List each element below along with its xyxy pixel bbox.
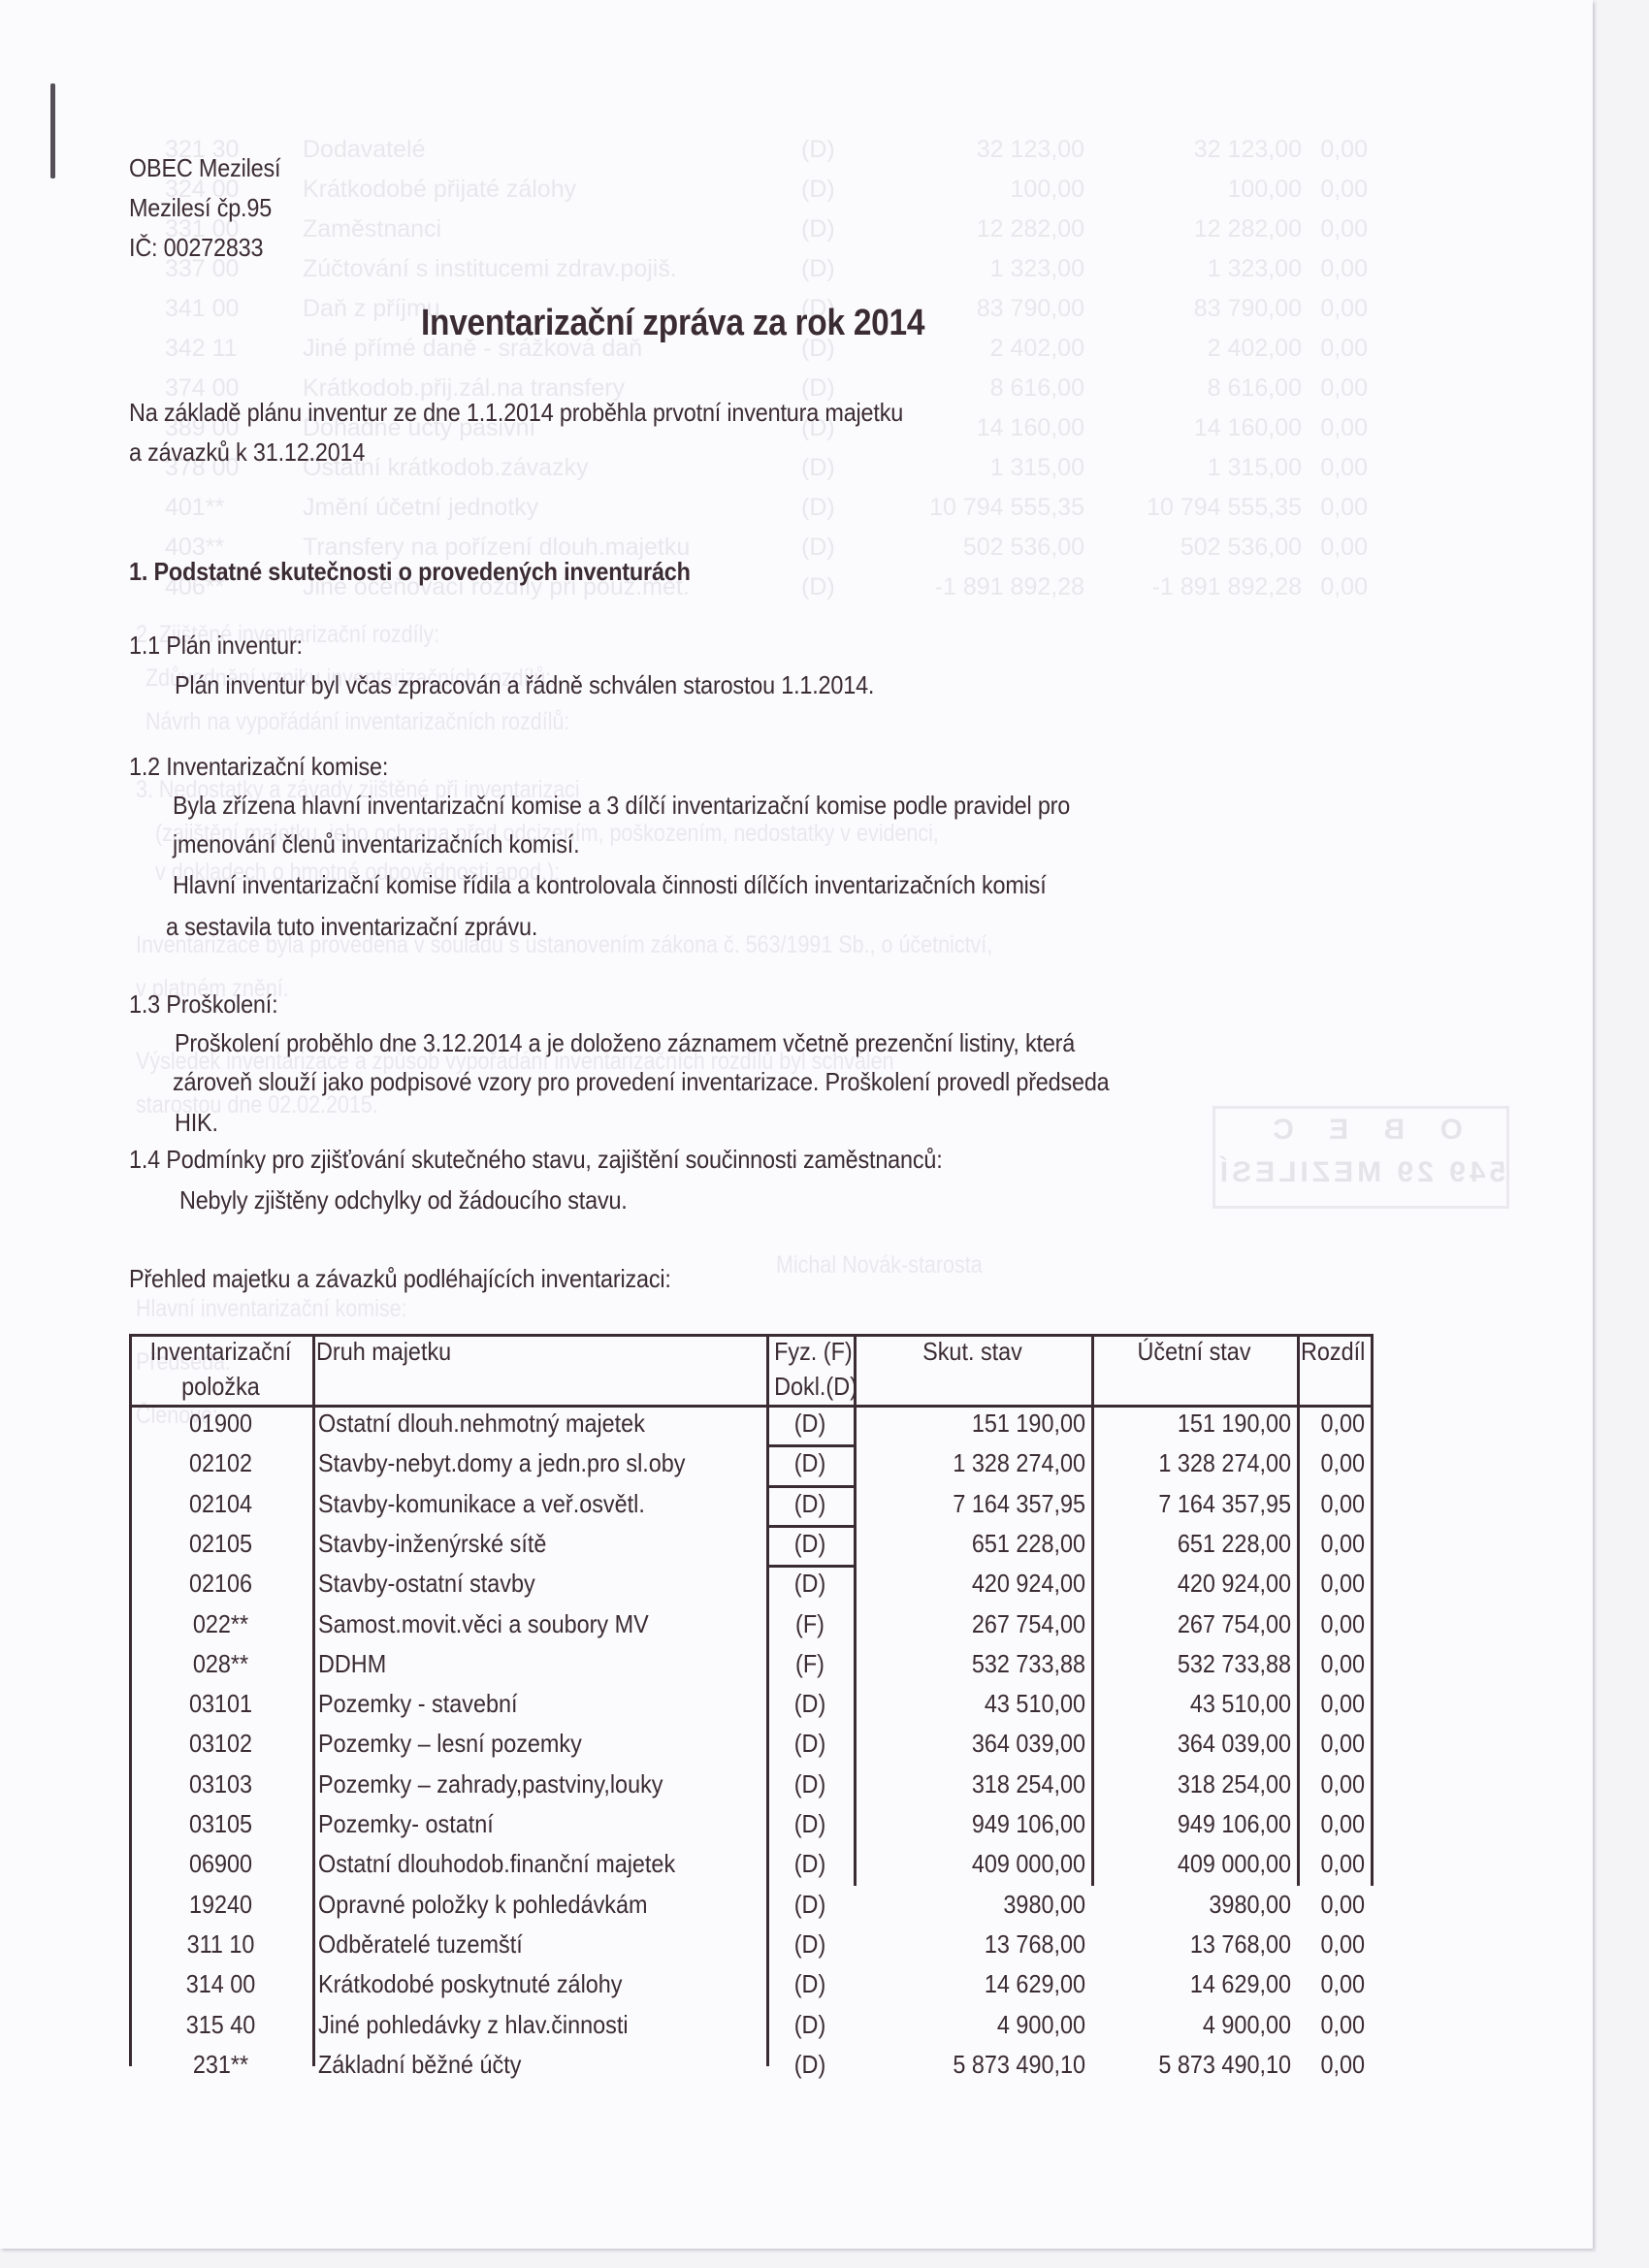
row-code: 315 40 xyxy=(138,2005,303,2044)
row-code: 028** xyxy=(138,1644,303,1683)
row-inventory-method: (D) xyxy=(771,1564,850,1603)
row-asset-type: Krátkodobé poskytnuté zálohy xyxy=(318,1964,623,2003)
page-title: Inventarizační zpráva za rok 2014 xyxy=(421,303,924,344)
row-actual-state: 13 768,00 xyxy=(877,1925,1085,1963)
ghost-cell: (D) xyxy=(801,176,835,204)
ghost-cell: 0,00 xyxy=(1320,136,1368,164)
row-code: 19240 xyxy=(138,1885,303,1924)
ghost-cell: 1 315,00 xyxy=(990,454,1084,482)
ghost-cell: 2 402,00 xyxy=(1208,335,1302,363)
row-difference: 0,00 xyxy=(1304,1925,1365,1963)
ghost-cell: 502 536,00 xyxy=(1180,534,1302,562)
ghost-row: 321 30Dodavatelé(D)32 123,0032 123,000,0… xyxy=(145,136,1377,175)
row-asset-type: Ostatní dlouhodob.finanční majetek xyxy=(318,1844,675,1883)
ghost-cell: (D) xyxy=(801,573,835,601)
ghost-cell: (D) xyxy=(801,136,835,164)
bleed-through-stamp: O B E C 549 29 MEZILESÍ xyxy=(1212,1106,1509,1209)
row-inventory-method: (D) xyxy=(771,1885,850,1924)
ghost-text-line: Hlavní inventarizační komise: xyxy=(136,1295,407,1323)
row-inventory-method: (D) xyxy=(771,1964,850,2003)
row-code: 03102 xyxy=(138,1724,303,1763)
row-book-state: 364 039,00 xyxy=(1112,1724,1291,1763)
row-code: 06900 xyxy=(138,1844,303,1883)
row-actual-state: 5 873 490,10 xyxy=(877,2045,1085,2084)
section1-heading: 1. Podstatné skutečnosti o provedených i… xyxy=(129,557,691,587)
row-book-state: 420 924,00 xyxy=(1112,1564,1291,1603)
document-page: 321 30Dodavatelé(D)32 123,0032 123,000,0… xyxy=(0,0,1593,2249)
ghost-cell: 0,00 xyxy=(1320,255,1368,283)
intro-line1: Na základě plánu inventur ze dne 1.1.201… xyxy=(129,398,903,428)
ghost-cell: Jmění účetní jednotky xyxy=(303,494,538,522)
row-difference: 0,00 xyxy=(1304,1524,1365,1563)
column-header-3: Fyz. (F) xyxy=(774,1332,846,1371)
section1-4-text: Nebyly zjištěny odchylky od žádoucího st… xyxy=(179,1185,628,1215)
column-header-6: Rozdíl xyxy=(1301,1332,1360,1371)
row-code: 01900 xyxy=(138,1404,303,1442)
table-column-divider xyxy=(1297,1334,1300,1886)
section1-2-line2: jmenování členů inventarizačních komisí. xyxy=(173,829,579,859)
ghost-cell: (D) xyxy=(801,534,835,562)
table-column-divider xyxy=(854,1334,857,1886)
row-difference: 0,00 xyxy=(1304,1644,1365,1683)
row-inventory-method: (D) xyxy=(771,1404,850,1442)
row-inventory-method: (D) xyxy=(771,1724,850,1763)
ghost-cell: 32 123,00 xyxy=(977,136,1084,164)
row-actual-state: 3980,00 xyxy=(877,1885,1085,1924)
ghost-cell: Dodavatelé xyxy=(303,136,425,164)
row-book-state: 7 164 357,95 xyxy=(1112,1484,1291,1523)
row-difference: 0,00 xyxy=(1304,1724,1365,1763)
ghost-cell: 0,00 xyxy=(1320,414,1368,442)
section1-4-heading: 1.4 Podmínky pro zjišťování skutečného s… xyxy=(129,1145,943,1175)
row-difference: 0,00 xyxy=(1304,1964,1365,2003)
ghost-cell: 1 315,00 xyxy=(1208,454,1302,482)
ghost-cell: 14 160,00 xyxy=(977,414,1084,442)
row-book-state: 409 000,00 xyxy=(1112,1844,1291,1883)
row-asset-type: Stavby-inženýrské sítě xyxy=(318,1524,546,1563)
row-code: 02104 xyxy=(138,1484,303,1523)
row-asset-type: Samost.movit.věci a soubory MV xyxy=(318,1604,649,1643)
row-code: 02106 xyxy=(138,1564,303,1603)
row-difference: 0,00 xyxy=(1304,1564,1365,1603)
row-inventory-method: (D) xyxy=(771,1765,850,1803)
section1-3-line3: HIK. xyxy=(175,1108,218,1138)
row-actual-state: 409 000,00 xyxy=(877,1844,1085,1883)
row-actual-state: 43 510,00 xyxy=(877,1684,1085,1723)
row-inventory-method: (D) xyxy=(771,2005,850,2044)
section1-3-heading: 1.3 Proškolení: xyxy=(129,989,277,1020)
row-difference: 0,00 xyxy=(1304,1484,1365,1523)
row-actual-state: 420 924,00 xyxy=(877,1564,1085,1603)
row-inventory-method: (D) xyxy=(771,2045,850,2084)
row-difference: 0,00 xyxy=(1304,1765,1365,1803)
ghost-cell: 342 11 xyxy=(165,335,238,363)
ghost-cell: 1 323,00 xyxy=(1208,255,1302,283)
ghost-cell: -1 891 892,28 xyxy=(1152,573,1302,601)
row-book-state: 5 873 490,10 xyxy=(1112,2045,1291,2084)
ghost-cell: 0,00 xyxy=(1320,295,1368,323)
ghost-cell: 0,00 xyxy=(1320,573,1368,601)
ghost-cell: Zaměstnanci xyxy=(303,215,441,243)
ghost-row: 337 00Zúčtování s institucemi zdrav.poji… xyxy=(145,255,1377,294)
row-book-state: 151 190,00 xyxy=(1112,1404,1291,1442)
ghost-row: 401**Jmění účetní jednotky(D)10 794 555,… xyxy=(145,494,1377,533)
row-actual-state: 151 190,00 xyxy=(877,1404,1085,1442)
row-code: 03105 xyxy=(138,1804,303,1843)
ghost-cell: 100,00 xyxy=(1011,176,1084,204)
column-header-3-line2: Dokl.(D) xyxy=(774,1367,846,1406)
row-actual-state: 651 228,00 xyxy=(877,1524,1085,1563)
ghost-row: 324 00Krátkodobé přijaté zálohy(D)100,00… xyxy=(145,176,1377,214)
table-column-divider xyxy=(129,1334,132,2066)
table-column-divider xyxy=(1091,1334,1094,1886)
row-difference: 0,00 xyxy=(1304,1844,1365,1883)
row-actual-state: 4 900,00 xyxy=(877,2005,1085,2044)
section1-2-line1: Byla zřízena hlavní inventarizační komis… xyxy=(173,791,1070,821)
section1-1-heading: 1.1 Plán inventur: xyxy=(129,631,303,661)
row-code: 231** xyxy=(138,2045,303,2084)
section1-2-line4: a sestavila tuto inventarizační zprávu. xyxy=(166,912,537,942)
row-asset-type: Pozemky – zahrady,pastviny,louky xyxy=(318,1765,663,1803)
row-asset-type: Stavby-nebyt.domy a jedn.pro sl.oby xyxy=(318,1443,686,1482)
overview-label: Přehled majetku a závazků podléhajících … xyxy=(129,1264,671,1294)
row-book-state: 4 900,00 xyxy=(1112,2005,1291,2044)
ghost-cell: 100,00 xyxy=(1228,176,1302,204)
ghost-cell: 341 00 xyxy=(165,295,239,323)
ghost-text-line: Návrh na vypořádání inventarizačních roz… xyxy=(145,708,569,736)
row-book-state: 532 733,88 xyxy=(1112,1644,1291,1683)
row-inventory-method: (D) xyxy=(771,1684,850,1723)
stamp-line2: 549 29 MEZILESÍ xyxy=(1215,1151,1506,1194)
row-actual-state: 14 629,00 xyxy=(877,1964,1085,2003)
ghost-cell: 32 123,00 xyxy=(1194,136,1302,164)
ghost-cell: Krátkodobé přijaté zálohy xyxy=(303,176,576,204)
ghost-cell: (D) xyxy=(801,215,835,243)
column-header-2: Druh majetku xyxy=(316,1332,718,1371)
row-book-state: 949 106,00 xyxy=(1112,1804,1291,1843)
row-book-state: 14 629,00 xyxy=(1112,1964,1291,2003)
ghost-text-line: Michal Novák-starosta xyxy=(776,1251,983,1280)
column-header-1: Inventarizační xyxy=(142,1332,300,1371)
row-asset-type: Odběratelé tuzemští xyxy=(318,1925,523,1963)
row-inventory-method: (D) xyxy=(771,1925,850,1963)
ghost-row: 331 00Zaměstnanci(D)12 282,0012 282,000,… xyxy=(145,215,1377,254)
stamp-line1: O B E C xyxy=(1215,1109,1506,1151)
table-right-border xyxy=(1371,1334,1374,1886)
row-code: 03103 xyxy=(138,1765,303,1803)
row-inventory-method: (D) xyxy=(771,1804,850,1843)
row-book-state: 13 768,00 xyxy=(1112,1925,1291,1963)
ghost-cell: 12 282,00 xyxy=(1194,215,1302,243)
row-code: 03101 xyxy=(138,1684,303,1723)
ghost-cell: 401** xyxy=(165,494,224,522)
row-inventory-method: (F) xyxy=(771,1644,850,1683)
ghost-cell: 8 616,00 xyxy=(990,374,1084,403)
ghost-cell: 14 160,00 xyxy=(1194,414,1302,442)
ghost-cell: (D) xyxy=(801,494,835,522)
row-actual-state: 7 164 357,95 xyxy=(877,1484,1085,1523)
section1-2-line3: Hlavní inventarizační komise řídila a ko… xyxy=(173,870,1047,900)
ghost-cell: -1 891 892,28 xyxy=(935,573,1084,601)
row-inventory-method: (D) xyxy=(771,1844,850,1883)
ghost-cell: Zúčtování s institucemi zdrav.pojiš. xyxy=(303,255,677,283)
row-difference: 0,00 xyxy=(1304,1404,1365,1442)
ghost-cell: 8 616,00 xyxy=(1208,374,1302,403)
org-ico: IČ: 00272833 xyxy=(129,233,263,263)
ghost-cell: 2 402,00 xyxy=(990,335,1084,363)
row-actual-state: 364 039,00 xyxy=(877,1724,1085,1763)
row-asset-type: Jiné pohledávky z hlav.činnosti xyxy=(318,2005,629,2044)
row-book-state: 651 228,00 xyxy=(1112,1524,1291,1563)
row-difference: 0,00 xyxy=(1304,1885,1365,1924)
row-asset-type: Pozemky – lesní pozemky xyxy=(318,1724,582,1763)
row-actual-state: 1 328 274,00 xyxy=(877,1443,1085,1482)
row-difference: 0,00 xyxy=(1304,1804,1365,1843)
ghost-cell: 0,00 xyxy=(1320,335,1368,363)
ghost-cell: 0,00 xyxy=(1320,534,1368,562)
row-code: 02105 xyxy=(138,1524,303,1563)
row-inventory-method: (D) xyxy=(771,1524,850,1563)
row-code: 311 10 xyxy=(138,1925,303,1963)
table-column-divider xyxy=(766,1334,769,2066)
row-asset-type: DDHM xyxy=(318,1644,386,1683)
ghost-cell: 0,00 xyxy=(1320,176,1368,204)
row-actual-state: 318 254,00 xyxy=(877,1765,1085,1803)
ghost-cell: 12 282,00 xyxy=(977,215,1084,243)
ghost-cell: 0,00 xyxy=(1320,494,1368,522)
row-actual-state: 532 733,88 xyxy=(877,1644,1085,1683)
row-actual-state: 267 754,00 xyxy=(877,1604,1085,1643)
row-asset-type: Opravné položky k pohledávkám xyxy=(318,1885,647,1924)
ghost-cell: (D) xyxy=(801,454,835,482)
section1-3-line1: Proškolení proběhlo dne 3.12.2014 a je d… xyxy=(175,1028,1075,1058)
column-header-4: Skut. stav xyxy=(869,1332,1076,1371)
ghost-cell: 0,00 xyxy=(1320,374,1368,403)
ghost-cell: 83 790,00 xyxy=(977,295,1084,323)
section1-2-heading: 1.2 Inventarizační komise: xyxy=(129,752,388,782)
org-address: Mezilesí čp.95 xyxy=(129,193,272,223)
table-column-divider xyxy=(312,1334,315,2066)
section1-3-line2: zároveň slouží jako podpisové vzory pro … xyxy=(173,1067,1110,1097)
ghost-cell: Daň z příjmu xyxy=(303,295,440,323)
row-asset-type: Pozemky - stavební xyxy=(318,1684,517,1723)
row-inventory-method: (D) xyxy=(771,1484,850,1523)
row-code: 02102 xyxy=(138,1443,303,1482)
row-difference: 0,00 xyxy=(1304,2045,1365,2084)
ghost-cell: 0,00 xyxy=(1320,215,1368,243)
org-name: OBEC Mezilesí xyxy=(129,153,280,183)
row-inventory-method: (D) xyxy=(771,1443,850,1482)
binder-mark xyxy=(50,83,55,178)
row-book-state: 1 328 274,00 xyxy=(1112,1443,1291,1482)
row-difference: 0,00 xyxy=(1304,1443,1365,1482)
ghost-cell: 502 536,00 xyxy=(963,534,1084,562)
ghost-cell: 83 790,00 xyxy=(1194,295,1302,323)
ghost-cell: 1 323,00 xyxy=(990,255,1084,283)
ghost-cell: 10 794 555,35 xyxy=(929,494,1084,522)
ghost-cell: (D) xyxy=(801,255,835,283)
ghost-cell: 10 794 555,35 xyxy=(1147,494,1302,522)
column-header-1-line2: položka xyxy=(142,1367,300,1406)
intro-line2: a závazků k 31.12.2014 xyxy=(129,437,365,468)
row-difference: 0,00 xyxy=(1304,1684,1365,1723)
row-actual-state: 949 106,00 xyxy=(877,1804,1085,1843)
row-difference: 0,00 xyxy=(1304,2005,1365,2044)
row-asset-type: Pozemky- ostatní xyxy=(318,1804,494,1843)
row-asset-type: Stavby-ostatní stavby xyxy=(318,1564,535,1603)
row-book-state: 318 254,00 xyxy=(1112,1765,1291,1803)
section1-1-text: Plán inventur byl včas zpracován a řádně… xyxy=(175,670,874,700)
row-code: 022** xyxy=(138,1604,303,1643)
row-asset-type: Základní běžné účty xyxy=(318,2045,521,2084)
row-asset-type: Ostatní dlouh.nehmotný majetek xyxy=(318,1404,645,1442)
row-book-state: 3980,00 xyxy=(1112,1885,1291,1924)
row-book-state: 43 510,00 xyxy=(1112,1684,1291,1723)
row-asset-type: Stavby-komunikace a veř.osvětl. xyxy=(318,1484,645,1523)
row-inventory-method: (F) xyxy=(771,1604,850,1643)
row-book-state: 267 754,00 xyxy=(1112,1604,1291,1643)
ghost-cell: 0,00 xyxy=(1320,454,1368,482)
row-code: 314 00 xyxy=(138,1964,303,2003)
column-header-5: Účetní stav xyxy=(1105,1332,1283,1371)
row-difference: 0,00 xyxy=(1304,1604,1365,1643)
